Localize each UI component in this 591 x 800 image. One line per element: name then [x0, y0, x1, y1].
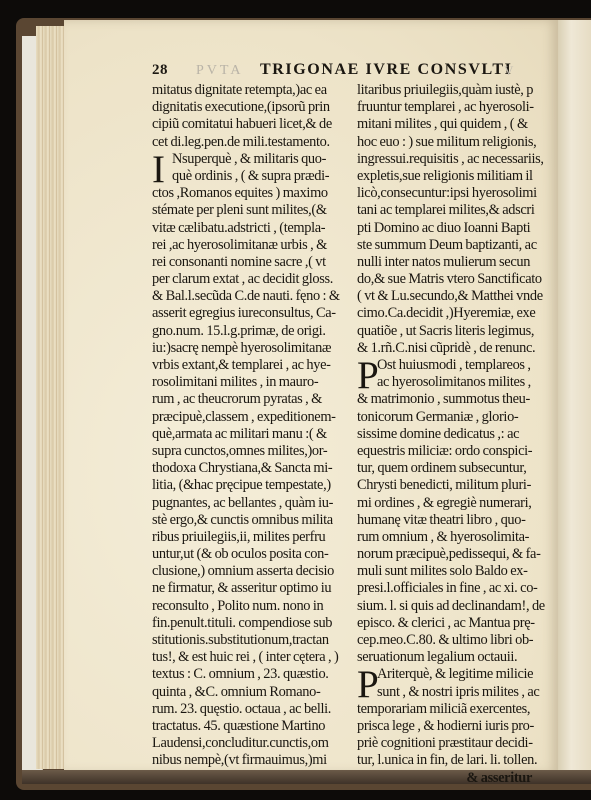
right-column: litaribus priuilegiis,quàm iustè, p fruu…: [357, 82, 562, 787]
text-line: mi ordines , & egregiè numerari,: [357, 495, 562, 512]
text-line: supra cunctos,omnes milites,)or-: [152, 443, 354, 460]
text-line: rum omnium , & hyerosolimita-: [357, 529, 562, 546]
text-line: tus!, & est huic rei , ( inter cętera , …: [152, 649, 354, 666]
text-line: expletis,sue religionis militiam il: [357, 168, 562, 185]
drop-cap: P: [357, 359, 378, 393]
text-line: priè cognitioni præstitaur decidi-: [357, 735, 562, 752]
text-line: rosolimitani milites , in mauro-: [152, 374, 354, 391]
text-line: tractatus. 45. quæstione Martino: [152, 718, 354, 735]
left-intro: mitatus dignitate retempta,)ac ea dignit…: [152, 82, 354, 151]
text-line: Ost huiusmodi , templareos ,: [357, 357, 562, 374]
text-line: seruationum legalium octauii.: [357, 649, 562, 666]
text-line: mitani milites , qui quidem , ( &: [357, 116, 562, 133]
text-line: tonicorum Germaniæ , glorio-: [357, 409, 562, 426]
text-line: per clarum extat , ac decidit gloss.: [152, 271, 354, 288]
showthrough-text-right: V: [504, 63, 516, 79]
text-line: ( vt & Lu.secundo,& Matthei vnde: [357, 288, 562, 305]
text-line: humanę vitæ theatri libro , quo-: [357, 512, 562, 529]
page-number: 28: [152, 62, 168, 79]
text-line: vrbis extant,& templarei , ac hye-: [152, 357, 354, 374]
text-line: tani ac templarei milites,& adscri: [357, 202, 562, 219]
drop-cap: I: [152, 153, 165, 187]
text-line: textus : C. omnium , 23. quæstio.: [152, 666, 354, 683]
text-line: stitutionis.substitutionum,tractan: [152, 632, 354, 649]
text-line: iu:)sacrę nempè hyerosolimitanæ: [152, 340, 354, 357]
text-line: ctos ,Romanos equites ) maximo: [152, 185, 354, 202]
text-line: fin.penult.tituli. compendiose sub: [152, 615, 354, 632]
text-line: rum , ac theucrorum pyratas , &: [152, 391, 354, 408]
paragraph-pariterque: P Ariterquè, & legitime milicie sunt , &…: [357, 666, 562, 769]
text-line: vitæ cælibatu.adstricti , (templa-: [152, 220, 354, 237]
text-line: equestris miliciæ: ordo conspici-: [357, 443, 562, 460]
text-line: prisca lege , & hodierni iuris pro-: [357, 718, 562, 735]
running-title: TRIGONAE IVRE CONSVLTI: [260, 61, 512, 79]
text-line: cimo.Ca.decidit ,)Hyeremiæ, exe: [357, 305, 562, 322]
text-line: mitatus dignitate retempta,)ac ea: [152, 82, 354, 99]
text-line: untur,ut (& ob oculos posita con-: [152, 546, 354, 563]
text-line: & 1.rñ.C.nisi cũpridè , de renunc.: [357, 340, 562, 357]
text-line: Chrysti benedicti, militum pluri-: [357, 477, 562, 494]
text-line: muli sunt milites solo Baldo ex-: [357, 563, 562, 580]
text-line: cep.meo.C.80. & ultimo libri ob-: [357, 632, 562, 649]
text-line: pugnantes, ac bellantes , quàm iu-: [152, 495, 354, 512]
right-intro: litaribus priuilegiis,quàm iustè, p fruu…: [357, 82, 562, 357]
text-line: què ordinis , ( & supra prædi-: [152, 168, 354, 185]
text-line: sium. l. si quis ad declinandam!, de: [357, 598, 562, 615]
text-line: pti Domino ac diuo Ioanni Bapti: [357, 220, 562, 237]
text-line: rei ,ac hyerosolimitanæ urbis , &: [152, 237, 354, 254]
text-line: ribus priuilegiis,ii, milites perfru: [152, 529, 354, 546]
text-line: clusione,) omnium asserta decisio: [152, 563, 354, 580]
text-line: sissime domine dedicatus ,: ac: [357, 426, 562, 443]
running-head: 28 PVTA TRIGONAE IVRE CONSVLTI V: [152, 62, 562, 82]
text-line: temporariam miliciã exercentes,: [357, 701, 562, 718]
text-line: sunt , & nostri ipris milites , ac: [357, 684, 562, 701]
text-line: tur, quem ordinem subsecuntur,: [357, 460, 562, 477]
showthrough-text: PVTA: [196, 63, 243, 79]
text-line: Laudensi,concluditur.cunctis,om: [152, 735, 354, 752]
paragraph-insuperque: I Nsuperquè , & militaris quo- què ordin…: [152, 151, 354, 770]
text-line: Nsuperquè , & militaris quo-: [152, 151, 354, 168]
text-line: quatiõe , ut Sacris literis legimus,: [357, 323, 562, 340]
text-line: stémate per pleni sunt milites,(&: [152, 202, 354, 219]
text-line: norum præcipuè,pedissequi, & fa-: [357, 546, 562, 563]
drop-cap: P: [357, 668, 378, 702]
text-line: rei consonanti nomine sacre ,( vt: [152, 254, 354, 271]
text-line: rum. 23. quęstio. octaua , ac belli.: [152, 701, 354, 718]
text-line: asserit egregius iureconsultus, Ca-: [152, 305, 354, 322]
text-line: & matrimonio , summotus theu-: [357, 391, 562, 408]
text-line: fruuntur templarei , ac hyerosoli-: [357, 99, 562, 116]
text-line: què,armata ac militari manu :( &: [152, 426, 354, 443]
text-line: licò,consecuntur:ipsi hyerosolimi: [357, 185, 562, 202]
facing-page-edge: [558, 20, 591, 773]
text-line: Ariterquè, & legitime milicie: [357, 666, 562, 683]
text-line: reconsulto , Polito num. nono in: [152, 598, 354, 615]
text-line: thodoxa Chrystiana,& Sancta mi-: [152, 460, 354, 477]
text-line: hoc euo : ) sue militum religionis,: [357, 134, 562, 151]
text-line: do,& sue Matris vtero Sanctificato: [357, 271, 562, 288]
text-line: stè ergo,& cunctis omnibus milita: [152, 512, 354, 529]
text-line: presi.l.officiales in fine , ac xi. co-: [357, 580, 562, 597]
text-line: cet di.leg.pen.de mili.testamento.: [152, 134, 354, 151]
paragraph-post-huiusmodi: P Ost huiusmodi , templareos , ac hyeros…: [357, 357, 562, 666]
text-line: præcipuè,classem , expeditionem-: [152, 409, 354, 426]
text-line: nibus nempè,(vt firmauimus,)mi: [152, 752, 354, 769]
text-line: dignitatis executione,(ipsorũ prin: [152, 99, 354, 116]
text-line: ste summum Deum baptizanti, ac: [357, 237, 562, 254]
text-line: ne firmatur, & asseritur optimo iu: [152, 580, 354, 597]
text-line: ingressui.requisitis , ac necessariis,: [357, 151, 562, 168]
page-edges: [36, 26, 66, 769]
catchword: & asseritur: [357, 770, 562, 787]
text-line: litia, (&hac pręcipue tempestate,): [152, 477, 354, 494]
text-line: episco. & clerici , ac Mantua prę-: [357, 615, 562, 632]
left-column: mitatus dignitate retempta,)ac ea dignit…: [152, 82, 354, 770]
text-line: gno.num. 15.l.g.primæ, de origi.: [152, 323, 354, 340]
text-line: litaribus priuilegiis,quàm iustè, p: [357, 82, 562, 99]
text-line: cipiũ comitatui habueri licet,& de: [152, 116, 354, 133]
text-line: ac hyerosolimitanos milites ,: [357, 374, 562, 391]
text-line: quinta , &C. omnium Romano-: [152, 684, 354, 701]
text-line: tur, l.unica in fin, de lari. li. tollen…: [357, 752, 562, 769]
text-line: nulli inter natos mulierum secun: [357, 254, 562, 271]
text-line: & Bal.l.secũda C.de nauti. fęno : &: [152, 288, 354, 305]
